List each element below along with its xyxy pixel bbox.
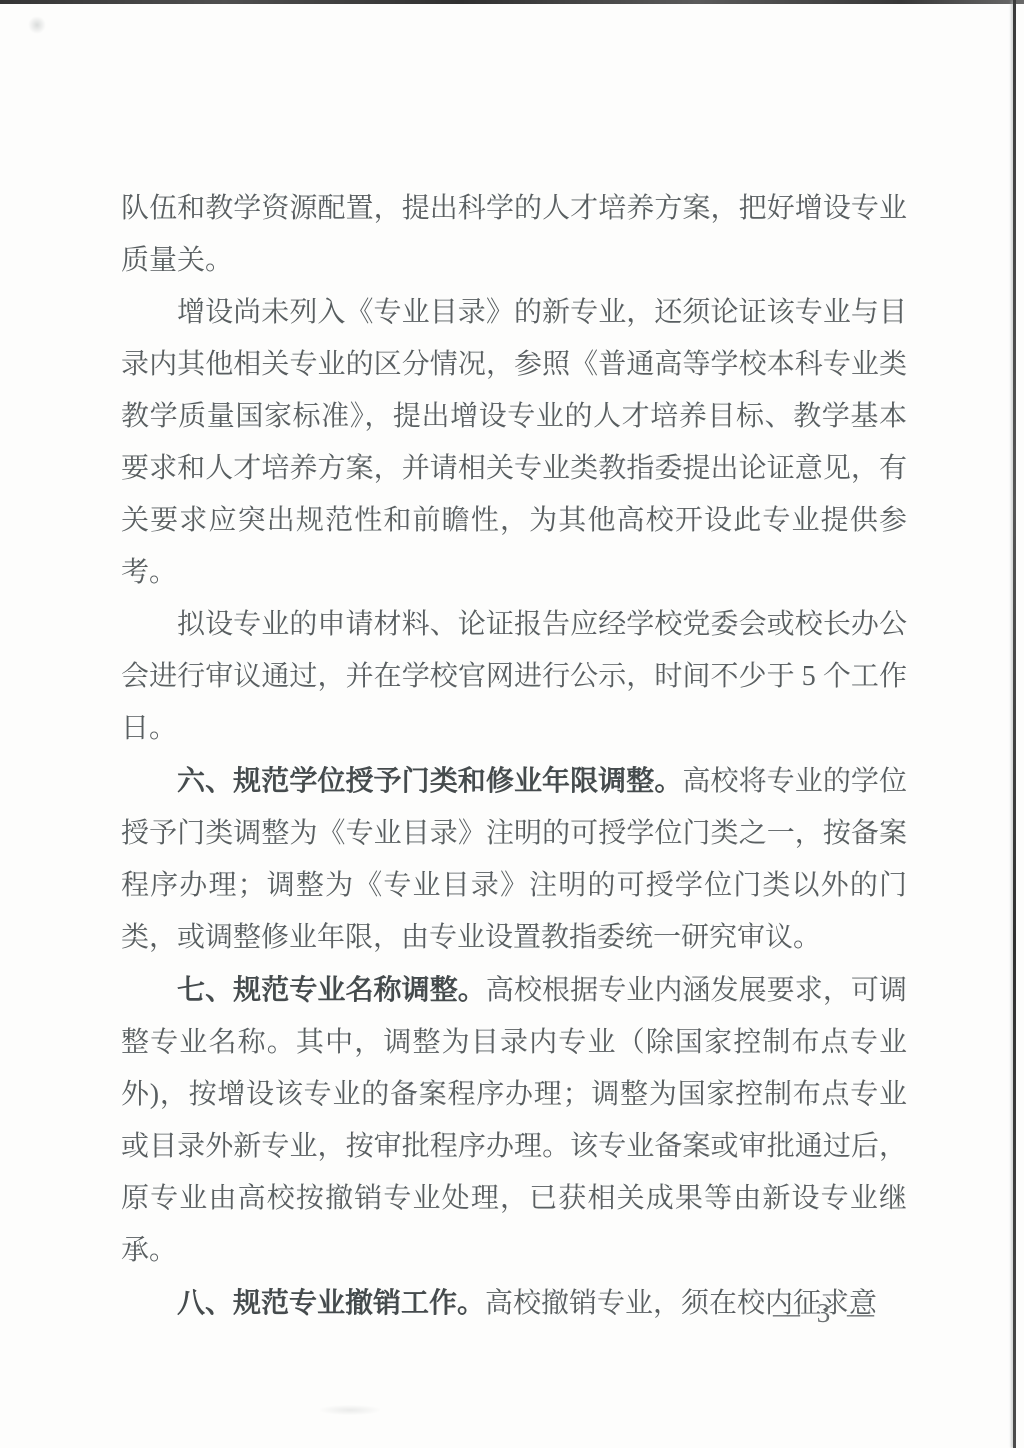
paragraph-text: 拟设专业的申请材料、论证报告应经学校党委会或校长办公会进行审议通过，并在学校官网… bbox=[121, 609, 907, 744]
paragraph-text: 队伍和教学资源配置，提出科学的人才培养方案，把好增设专业质量关。 bbox=[121, 193, 907, 276]
scan-smudge-artifact bbox=[320, 1405, 380, 1415]
paragraph: 拟设专业的申请材料、论证报告应经学校党委会或校长办公会进行审议通过，并在学校官网… bbox=[121, 599, 907, 755]
page-number: — 3 — bbox=[756, 1298, 896, 1329]
paragraph-continuation: 队伍和教学资源配置，提出科学的人才培养方案，把好增设专业质量关。 bbox=[121, 183, 907, 287]
scan-edge-right-artifact bbox=[1013, 0, 1016, 1448]
paragraph-text: 增设尚未列入《专业目录》的新专业，还须论证该专业与目录内其他相关专业的区分情况，… bbox=[121, 297, 907, 588]
document-body: 队伍和教学资源配置，提出科学的人才培养方案，把好增设专业质量关。 增设尚未列入《… bbox=[121, 183, 907, 1330]
paragraph: 增设尚未列入《专业目录》的新专业，还须论证该专业与目录内其他相关专业的区分情况，… bbox=[121, 287, 907, 599]
section-heading: 七、规范专业名称调整。 bbox=[177, 974, 486, 1005]
paragraph-section-7: 七、规范专业名称调整。高校根据专业内涵发展要求，可调整专业名称。其中，调整为目录… bbox=[121, 964, 907, 1277]
paragraph-section-6: 六、规范学位授予门类和修业年限调整。高校将专业的学位授予门类调整为《专业目录》注… bbox=[121, 755, 907, 964]
paragraph-text: 高校根据专业内涵发展要求，可调整专业名称。其中，调整为目录内专业（除国家控制布点… bbox=[121, 975, 907, 1266]
scan-smudge-artifact bbox=[28, 16, 46, 34]
section-heading: 六、规范学位授予门类和修业年限调整。 bbox=[177, 765, 682, 796]
scan-edge-top-artifact bbox=[0, 0, 1024, 4]
section-heading: 八、规范专业撤销工作。 bbox=[177, 1287, 485, 1318]
document-page: 队伍和教学资源配置，提出科学的人才培养方案，把好增设专业质量关。 增设尚未列入《… bbox=[0, 0, 1024, 1448]
